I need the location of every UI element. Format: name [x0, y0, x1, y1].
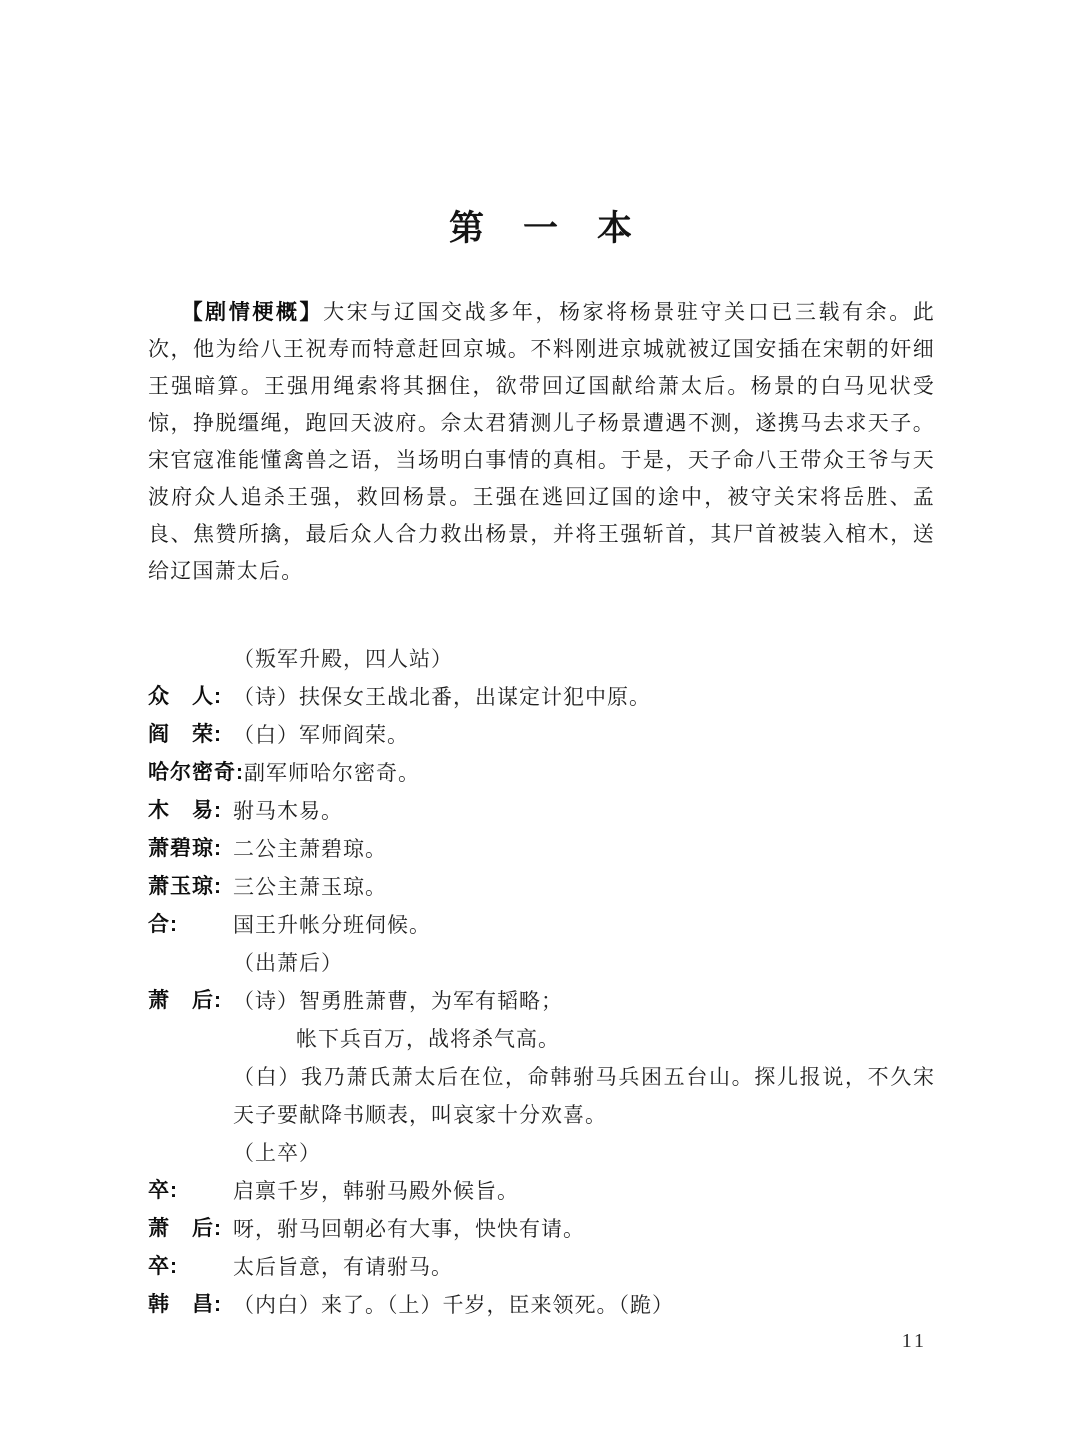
- page-title: 第 一 本: [148, 208, 935, 250]
- speaker-name: 卒:: [148, 1172, 233, 1210]
- script-line: 阎 荣:（白）军师阎荣。: [148, 716, 935, 754]
- speaker-name: 萧 后:: [148, 1210, 233, 1248]
- speech-text: 驸马木易。: [233, 792, 935, 830]
- speaker-name: 萧 后:: [148, 982, 233, 1020]
- speaker-name: 合:: [148, 906, 233, 944]
- synopsis-text: 大宋与辽国交战多年，杨家将杨景驻守关口已三载有余。此次，他为给八王祝寿而特意赶回…: [148, 300, 935, 583]
- speech-text: 启禀千岁，韩驸马殿外候旨。: [233, 1172, 935, 1210]
- stage-direction: （上卒）: [233, 1134, 935, 1172]
- synopsis-paragraph: 【剧情梗概】大宋与辽国交战多年，杨家将杨景驻守关口已三载有余。此次，他为给八王祝…: [148, 294, 935, 590]
- speaker-name: 木 易:: [148, 792, 233, 830]
- speaker-name: 哈尔密奇:: [148, 754, 244, 792]
- script-line: 萧玉琼:三公主萧玉琼。: [148, 868, 935, 906]
- synopsis: 【剧情梗概】大宋与辽国交战多年，杨家将杨景驻守关口已三载有余。此次，他为给八王祝…: [148, 294, 935, 590]
- speaker-name: 阎 荣:: [148, 716, 233, 754]
- speaker-name: 卒:: [148, 1248, 233, 1286]
- speech-text: （内白）来了。（上）千岁，臣来领死。（跪）: [233, 1286, 935, 1324]
- book-page: 第 一 本 【剧情梗概】大宋与辽国交战多年，杨家将杨景驻守关口已三载有余。此次，…: [0, 0, 1080, 1448]
- speaker-name: 萧碧琼:: [148, 830, 233, 868]
- speech-text: （诗）扶保女王战北番，出谋定计犯中原。: [233, 678, 935, 716]
- script-line: 合:国王升帐分班伺候。: [148, 906, 935, 944]
- script-line: 萧 后:（诗）智勇胜萧曹，为军有韬略；帐下兵百万，战将杀气高。（白）我乃萧氏萧太…: [148, 982, 935, 1134]
- speech-text: 三公主萧玉琼。: [233, 868, 935, 906]
- speech-text: 二公主萧碧琼。: [233, 830, 935, 868]
- script-line: 萧 后:呀，驸马回朝必有大事，快快有请。: [148, 1210, 935, 1248]
- script-line: 萧碧琼:二公主萧碧琼。: [148, 830, 935, 868]
- synopsis-label: 【剧情梗概】: [182, 301, 324, 324]
- page-number: 11: [902, 1330, 927, 1353]
- speaker-name: 韩 昌:: [148, 1286, 233, 1324]
- script-line: 众 人:（诗）扶保女王战北番，出谋定计犯中原。: [148, 678, 935, 716]
- speech-text: 太后旨意，有请驸马。: [233, 1248, 935, 1286]
- script-line: 卒:启禀千岁，韩驸马殿外候旨。: [148, 1172, 935, 1210]
- speaker-name: 众 人:: [148, 678, 233, 716]
- speech-text: （诗）智勇胜萧曹，为军有韬略；帐下兵百万，战将杀气高。（白）我乃萧氏萧太后在位，…: [233, 982, 935, 1134]
- speech-text: （白）军师阎荣。: [233, 716, 935, 754]
- speech-part: （白）我乃萧氏萧太后在位，命韩驸马兵困五台山。探儿报说，不久宋天子要献降书顺表，…: [233, 1058, 935, 1134]
- speech-text: 副军师哈尔密奇。: [244, 754, 935, 792]
- script-line: 韩 昌:（内白）来了。（上）千岁，臣来领死。（跪）: [148, 1286, 935, 1324]
- speech-text: 国王升帐分班伺候。: [233, 906, 935, 944]
- speech-text: 呀，驸马回朝必有大事，快快有请。: [233, 1210, 935, 1248]
- script-line: 木 易:驸马木易。: [148, 792, 935, 830]
- script-line: 卒:太后旨意，有请驸马。: [148, 1248, 935, 1286]
- speech-part: （诗）智勇胜萧曹，为军有韬略；: [233, 982, 935, 1020]
- stage-direction: （叛军升殿，四人站）: [233, 640, 935, 678]
- speaker-name: 萧玉琼:: [148, 868, 233, 906]
- script-line: 哈尔密奇:副军师哈尔密奇。: [148, 754, 935, 792]
- speech-part: 帐下兵百万，战将杀气高。: [296, 1020, 935, 1058]
- script-lines: （叛军升殿，四人站）众 人:（诗）扶保女王战北番，出谋定计犯中原。阎 荣:（白）…: [148, 640, 935, 1324]
- stage-direction: （出萧后）: [233, 944, 935, 982]
